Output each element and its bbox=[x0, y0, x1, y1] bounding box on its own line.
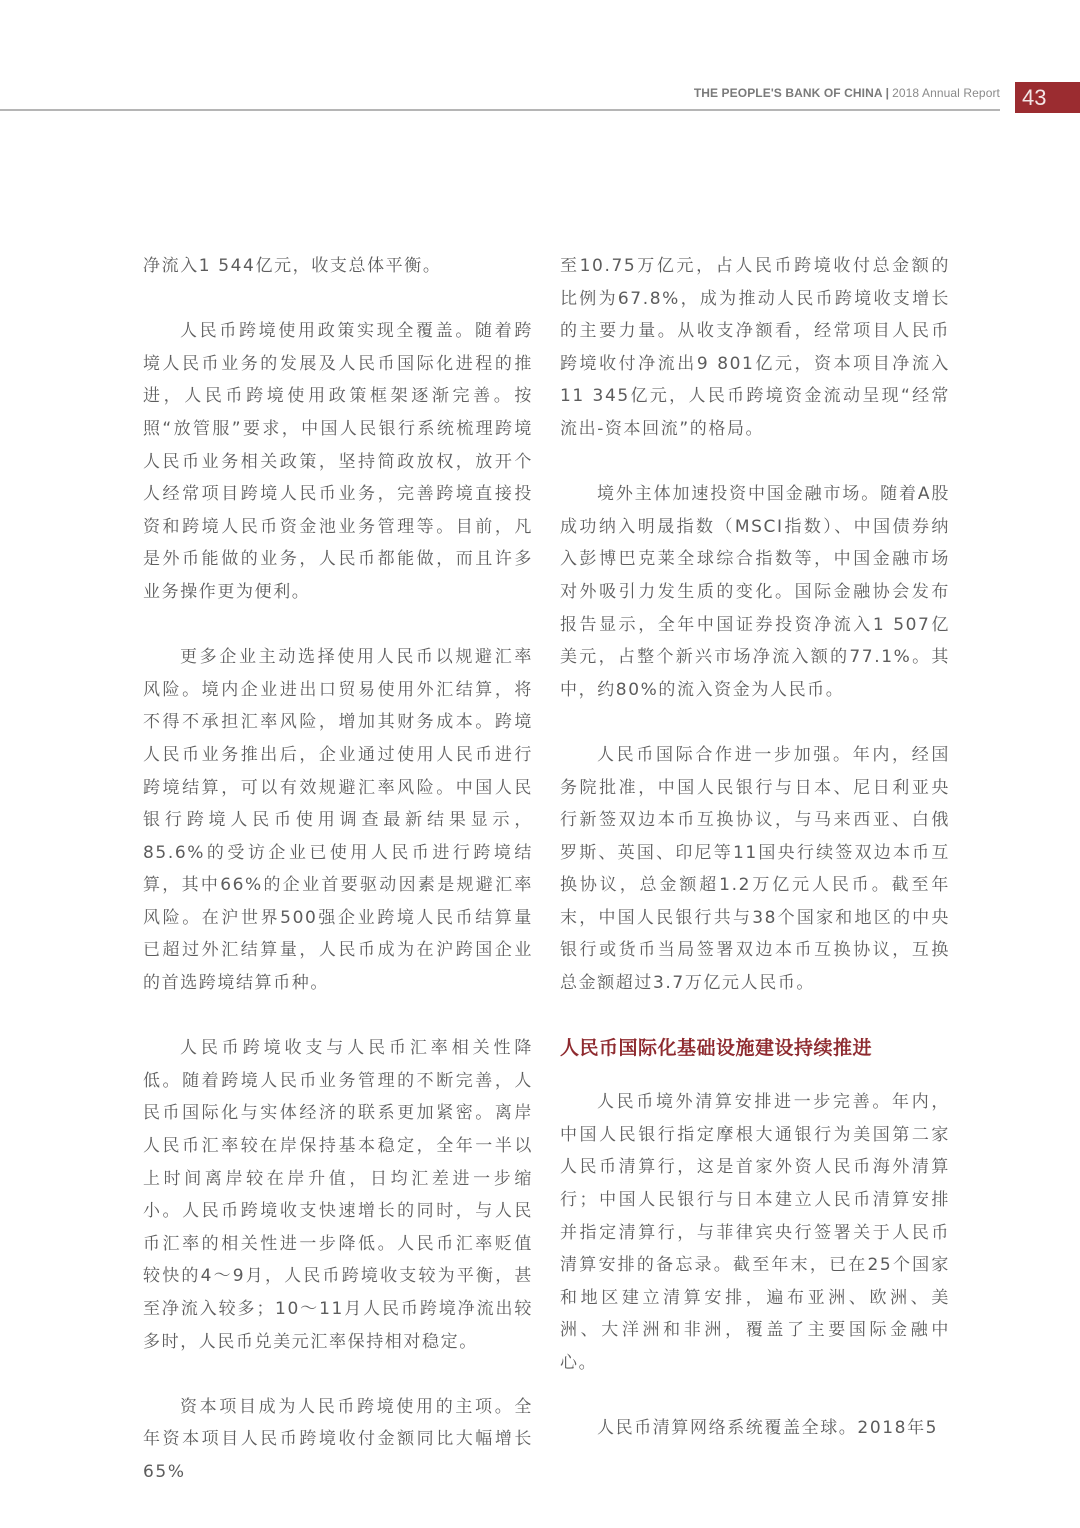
paragraph-capital-account: 资本项目成为人民币跨境使用的主项。全年资本项目人民币跨境收付金额同比大幅增长65… bbox=[143, 1391, 533, 1489]
paragraph-exchange-risk: 更多企业主动选择使用人民币以规避汇率风险。境内企业进出口贸易使用外汇结算，将不得… bbox=[143, 641, 533, 1000]
paragraph-policy-coverage: 人民币跨境使用政策实现全覆盖。随着跨境人民币业务的发展及人民币国际化进程的推进，… bbox=[143, 315, 533, 608]
paragraph-international-cooperation: 人民币国际合作进一步加强。年内，经国务院批准，中国人民银行与日本、尼日利亚央行新… bbox=[560, 739, 950, 1000]
header-separator: | bbox=[886, 86, 889, 100]
header-report-title: 2018 Annual Report bbox=[892, 86, 1000, 100]
page-number-badge: 43 bbox=[1015, 82, 1080, 113]
header-organization: THE PEOPLE'S BANK OF CHINA bbox=[694, 86, 883, 100]
header-rule bbox=[0, 109, 1000, 111]
section-heading: 人民币国际化基础设施建设持续推进 bbox=[560, 1032, 950, 1064]
paragraph-correlation: 人民币跨境收支与人民币汇率相关性降低。随着跨境人民币业务管理的不断完善，人民币国… bbox=[143, 1032, 533, 1358]
paragraph-capital-continuation: 至10.75万亿元，占人民币跨境收付总金额的比例为67.8%，成为推动人民币跨境… bbox=[560, 250, 950, 446]
running-header: THE PEOPLE'S BANK OF CHINA|2018 Annual R… bbox=[694, 86, 1000, 100]
paragraph-clearing-arrangements: 人民币境外清算安排进一步完善。年内，中国人民银行指定摩根大通银行为美国第二家人民… bbox=[560, 1086, 950, 1379]
paragraph-continuation: 净流入1 544亿元，收支总体平衡。 bbox=[143, 250, 533, 283]
paragraph-clearing-network: 人民币清算网络系统覆盖全球。2018年5 bbox=[560, 1412, 950, 1445]
right-column: 至10.75万亿元，占人民币跨境收付总金额的比例为67.8%，成为推动人民币跨境… bbox=[560, 250, 950, 1477]
paragraph-foreign-investment: 境外主体加速投资中国金融市场。随着A股成功纳入明晟指数（MSCI指数）、中国债券… bbox=[560, 478, 950, 706]
left-column: 净流入1 544亿元，收支总体平衡。 人民币跨境使用政策实现全覆盖。随着跨境人民… bbox=[143, 250, 533, 1521]
